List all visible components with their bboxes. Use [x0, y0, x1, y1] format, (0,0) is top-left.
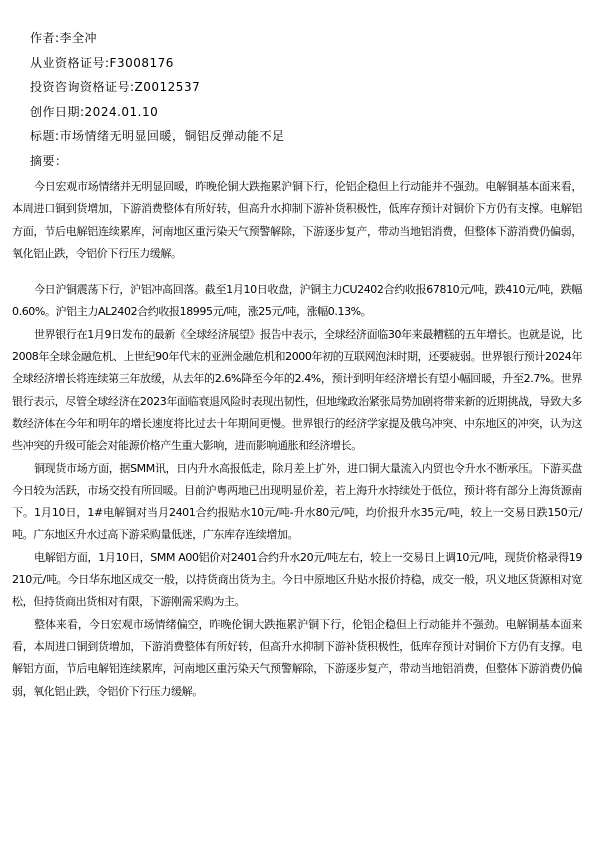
paragraph-market-close: 今日沪铜震荡下行，沪铝冲高回落。截至1月10日收盘，沪铜主力CU2402合约收报… — [12, 279, 582, 324]
document-body: 今日宏观市场情绪并无明显回暖，昨晚伦铜大跌拖累沪铜下行，伦铝企稳但上行动能并不强… — [0, 176, 595, 703]
advisory-qualification-line: 投资咨询资格证号:Z0012537 — [30, 75, 565, 100]
author-line: 作者:李全冲 — [30, 26, 565, 51]
document-meta-block: 作者:李全冲 从业资格证号:F3008176 投资咨询资格证号:Z0012537… — [0, 0, 595, 173]
qualification-number-line: 从业资格证号:F3008176 — [30, 51, 565, 76]
paragraph-conclusion: 整体来看，今日宏观市场情绪偏空，昨晚伦铜大跌拖累沪铜下行，伦铝企稳但上行动能并不… — [12, 614, 582, 703]
paragraph-aluminum-spot: 电解铝方面，1月10日，SMM A00铝价对2401合约升水20元/吨左右，较上… — [12, 547, 582, 614]
document-title-line: 标题:市场情绪无明显回暖，铜铝反弹动能不足 — [30, 124, 565, 149]
paragraph-summary: 今日宏观市场情绪并无明显回暖，昨晚伦铜大跌拖累沪铜下行，伦铝企稳但上行动能并不强… — [12, 176, 582, 265]
document-page: 作者:李全冲 从业资格证号:F3008176 投资咨询资格证号:Z0012537… — [0, 0, 595, 842]
paragraph-copper-spot: 铜现货市场方面，据SMM讯，日内升水高报低走，除月差上扩外，进口铜大量流入内贸也… — [12, 458, 582, 547]
abstract-label: 摘要： — [30, 149, 565, 174]
creation-date-line: 创作日期:2024.01.10 — [30, 100, 565, 125]
paragraph-world-bank: 世界银行在1月9日发布的最新《全球经济展望》报告中表示，全球经济面临30年来最糟… — [12, 324, 582, 458]
